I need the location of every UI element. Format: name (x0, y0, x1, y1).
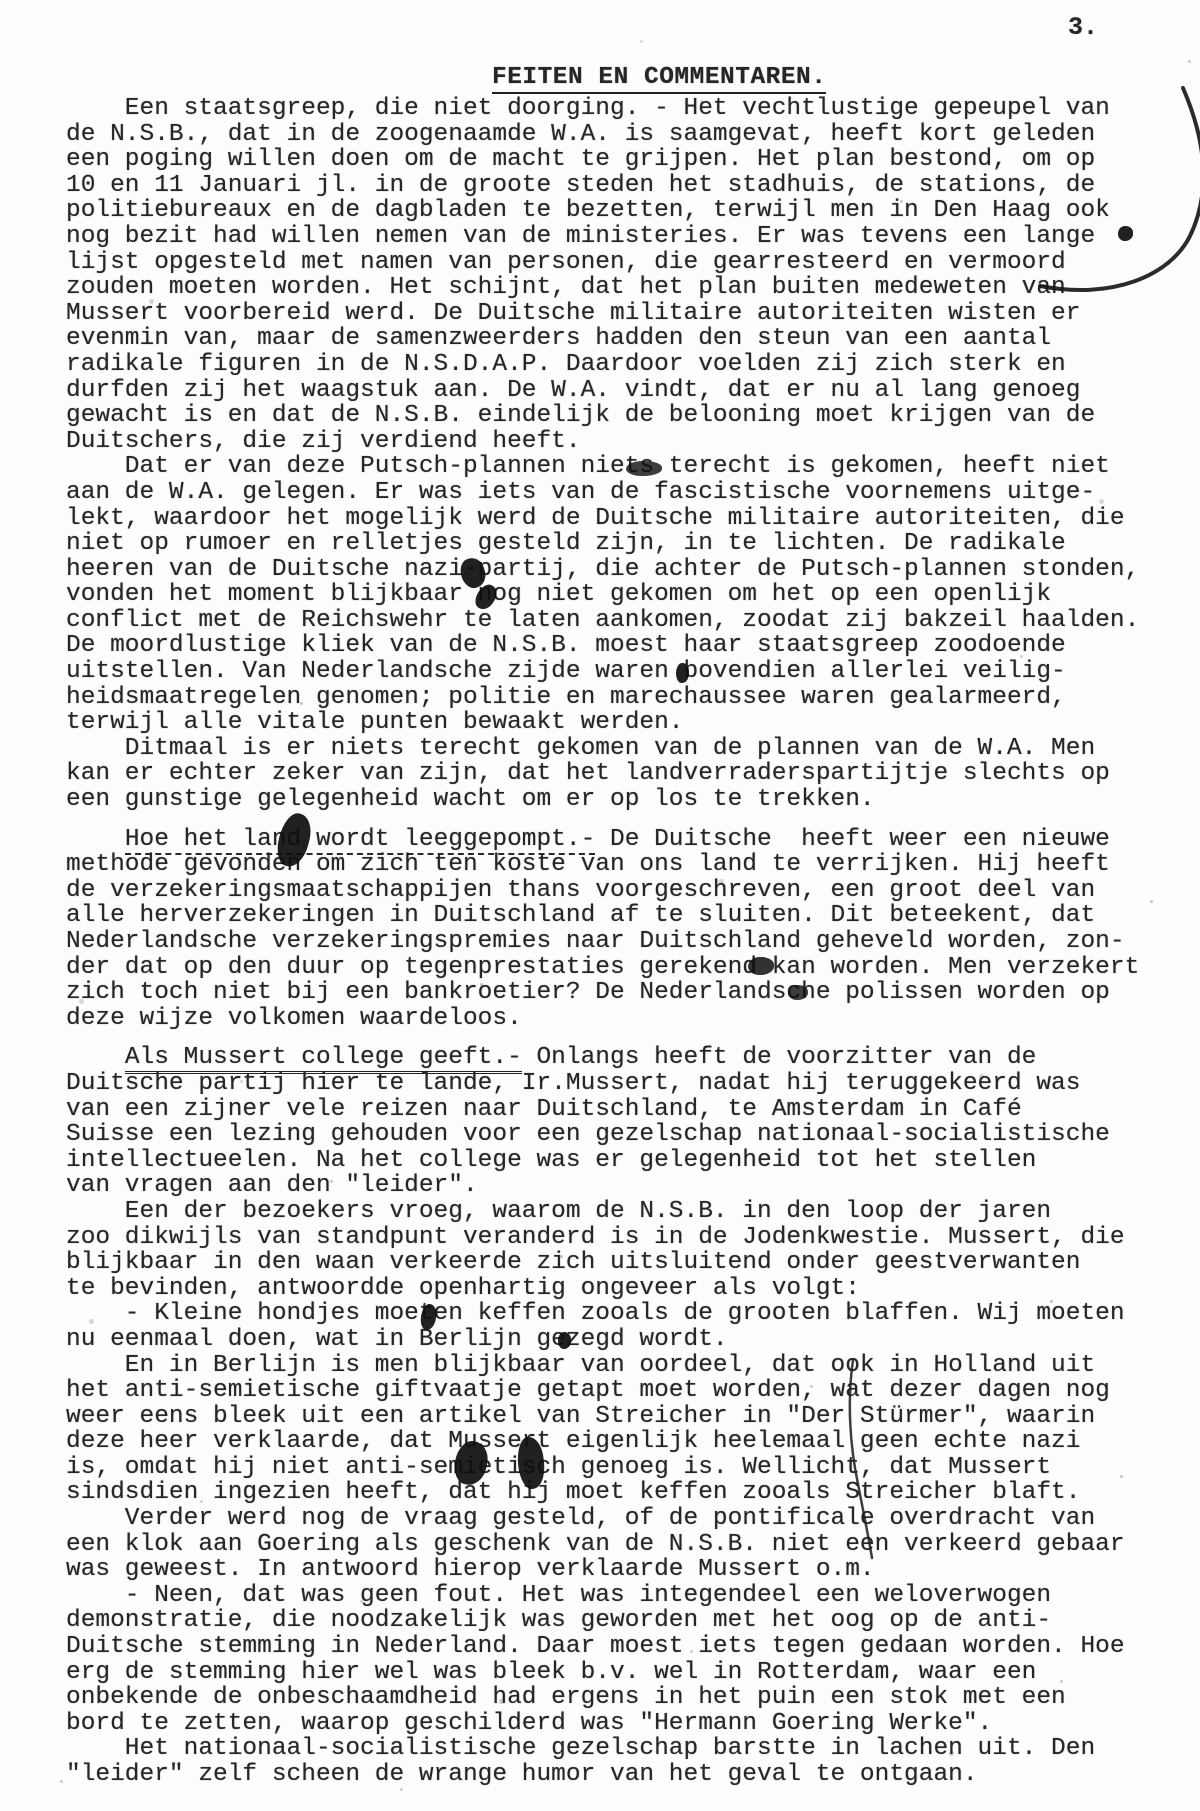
text-line: zouden moeten worden. Het schijnt, dat h… (66, 275, 1182, 301)
text-line: durfden zij het waagstuk aan. De W.A. vi… (66, 378, 1182, 404)
text-line: zoo dikwijls van standpunt veranderd is … (66, 1225, 1182, 1251)
text-line: radikale figuren in de N.S.D.A.P. Daardo… (66, 352, 1182, 378)
text-line: blijkbaar in den waan verkeerde zich uit… (66, 1250, 1182, 1276)
text-line: 10 en 11 Januari jl. in de groote steden… (66, 173, 1182, 199)
text-line: Hoe het land wordt leeggepompt.- De Duit… (66, 827, 1182, 853)
text-line: Duitsche stemming in Nederland. Daar moe… (66, 1634, 1182, 1660)
text-line: onbekende de onbeschaamdheid had ergens … (66, 1685, 1182, 1711)
text-line: niet op rumoer en relletjes gesteld zijn… (66, 531, 1182, 557)
text-line: het anti-semietische giftvaatje getapt m… (66, 1378, 1182, 1404)
text-line: Een der bezoekers vroeg, waarom de N.S.B… (66, 1199, 1182, 1225)
text-line: Suisse een lezing gehouden voor een geze… (66, 1122, 1182, 1148)
page-number: 3. (1068, 13, 1098, 42)
text-line: kan er echter zeker van zijn, dat het la… (66, 761, 1182, 787)
text-line: Het nationaal-socialistische gezelschap … (66, 1736, 1182, 1762)
text-line: Verder werd nog de vraag gesteld, of de … (66, 1506, 1182, 1532)
text-line: nog bezit had willen nemen van de minist… (66, 224, 1182, 250)
text-line: - Neen, dat was geen fout. Het was integ… (66, 1583, 1182, 1609)
text-line: bord te zetten, waarop geschilderd was "… (66, 1711, 1182, 1737)
text-line: een klok aan Goering als geschenk van de… (66, 1532, 1182, 1558)
text-line: is, omdat hij niet anti-semietisch genoe… (66, 1455, 1182, 1481)
article-body: Een staatsgreep, die niet doorging. - He… (66, 96, 1182, 1788)
text-line: der dat op den duur op tegenprestaties g… (66, 955, 1182, 981)
text-line: politiebureaux en de dagbladen te bezett… (66, 198, 1182, 224)
text-line: En in Berlijn is men blijkbaar van oorde… (66, 1353, 1182, 1379)
text-line: erg de stemming hier wel was bleek b.v. … (66, 1660, 1182, 1686)
ink-blot (558, 1332, 571, 1349)
text-line: de verzekeringsmaatschappijen thans voor… (66, 878, 1182, 904)
text-line: heidsmaatregelen genomen; politie en mar… (66, 685, 1182, 711)
text-line: alle herverzekeringen in Duitschland af … (66, 903, 1182, 929)
text-line: aan de W.A. gelegen. Er was iets van de … (66, 480, 1182, 506)
text-line: nu eenmaal doen, wat in Berlijn gezegd w… (66, 1327, 1182, 1353)
text-line: van een zijner vele reizen naar Duitschl… (66, 1097, 1182, 1123)
text-line: Duitschers, die zij verdiend heeft. (66, 429, 1182, 455)
text-line: de N.S.B., dat in de zoogenaamde W.A. is… (66, 122, 1182, 148)
text-line: deze heer verklaarde, dat Mussert eigenl… (66, 1429, 1182, 1455)
text-line: te bevinden, antwoordde openhartig ongev… (66, 1276, 1182, 1302)
text-line: methode gevonden om zich ten koste van o… (66, 852, 1182, 878)
text-line: Ditmaal is er niets terecht gekomen van … (66, 736, 1182, 762)
paragraph: Ditmaal is er niets terecht gekomen van … (66, 736, 1182, 813)
text-line: lekt, waardoor het mogelijk werd de Duit… (66, 506, 1182, 532)
ink-blot (788, 985, 808, 1000)
text-line: deze wijze volkomen waardeloos. (66, 1006, 1182, 1032)
ink-blot (626, 461, 662, 476)
text-line: Als Mussert college geeft.- Onlangs heef… (66, 1045, 1182, 1071)
text-line: heeren van de Duitsche nazi-partij, die … (66, 557, 1182, 583)
scan-noise-speckles (0, 0, 3, 3)
paragraph: Als Mussert college geeft.- Onlangs heef… (66, 1045, 1182, 1787)
paragraph: Hoe het land wordt leeggepompt.- De Duit… (66, 827, 1182, 1032)
text-line: vonden het moment blijkbaar nog niet gek… (66, 582, 1182, 608)
paragraph: Een staatsgreep, die niet doorging. - He… (66, 96, 1182, 454)
text-line: conflict met de Reichswehr te laten aank… (66, 608, 1182, 634)
text-line: - Kleine hondjes moeten keffen zooals de… (66, 1301, 1182, 1327)
text-line: Een staatsgreep, die niet doorging. - He… (66, 96, 1182, 122)
text-line: uitstellen. Van Nederlandsche zijde ware… (66, 659, 1182, 685)
text-line: evenmin van, maar de samenzweerders hadd… (66, 326, 1182, 352)
text-line: Dat er van deze Putsch-plannen niets ter… (66, 454, 1182, 480)
text-line: weer eens bleek uit een artikel van Stre… (66, 1404, 1182, 1430)
text-line: was geweest. In antwoord hierop verklaar… (66, 1557, 1182, 1583)
text-line: sindsdien ingezien heeft, dat hij moet k… (66, 1480, 1182, 1506)
text-line: van vragen aan den "leider". (66, 1173, 1182, 1199)
text-line: gewacht is en dat de N.S.B. eindelijk de… (66, 403, 1182, 429)
text-line: Nederlandsche verzekeringspremies naar D… (66, 929, 1182, 955)
ink-blot (1118, 226, 1133, 241)
text-line: een gunstige gelegenheid wacht om er op … (66, 787, 1182, 813)
document-page: 3. FEITEN EN COMMENTAREN. Een staatsgree… (0, 0, 1200, 1811)
text-line: De moordlustige kliek van de N.S.B. moes… (66, 633, 1182, 659)
ink-blot (676, 663, 689, 683)
text-line: zich toch niet bij een bankroetier? De N… (66, 980, 1182, 1006)
paragraph: Dat er van deze Putsch-plannen niets ter… (66, 454, 1182, 736)
text-line: terwijl alle vitale punten bewaakt werde… (66, 710, 1182, 736)
text-line: intellectueelen. Na het college was er g… (66, 1148, 1182, 1174)
text-line: Duitsche partij hier te lande, Ir.Musser… (66, 1071, 1182, 1097)
ink-blot (748, 957, 774, 975)
text-line: een poging willen doen om de macht te gr… (66, 147, 1182, 173)
text-line: "leider" zelf scheen de wrange humor van… (66, 1762, 1182, 1788)
document-title: FEITEN EN COMMENTAREN. (492, 64, 826, 94)
text-line: demonstratie, die noodzakelijk was gewor… (66, 1608, 1182, 1634)
text-line: lijst opgesteld met namen van personen, … (66, 250, 1182, 276)
text-line: Mussert voorbereid werd. De Duitsche mil… (66, 301, 1182, 327)
